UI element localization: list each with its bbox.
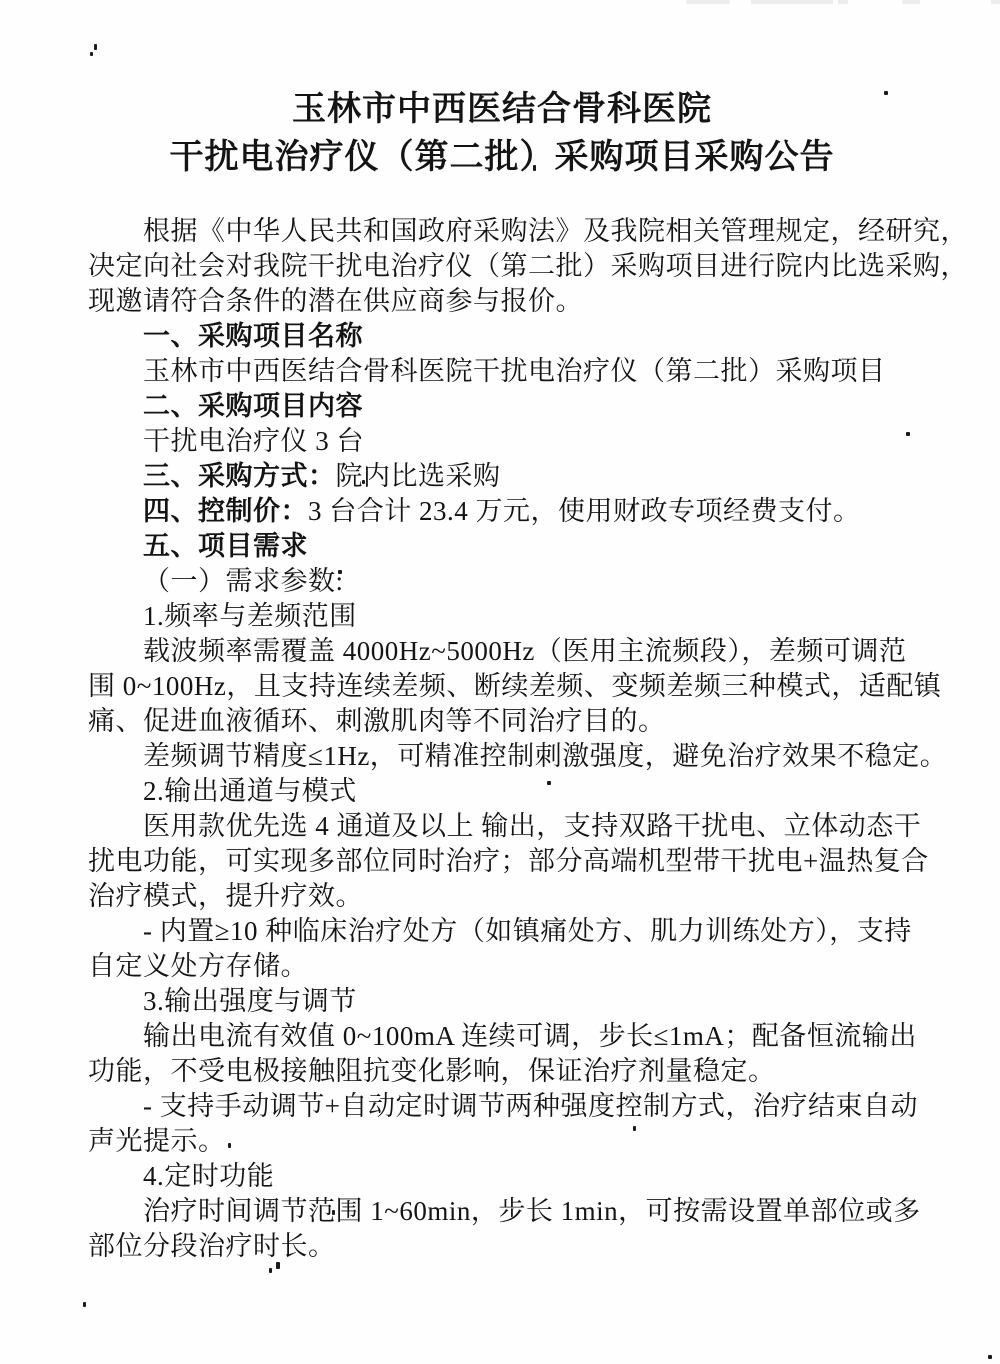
document-line: 输出电流有效值 0~100mA 连续可调，步长≤1mA；配备恒流输出 [88,1019,916,1054]
document-line: 3.输出强度与调节 [88,984,916,1019]
scan-speckle [83,1302,86,1307]
line-text: 声光提示。 [88,1126,226,1156]
line-text: 痛、促进血液循环、刺激肌肉等不同治疗目的。 [88,706,666,736]
scan-speckle [906,432,910,436]
line-text: 载波频率需覆盖 4000Hz~5000Hz（医用主流频段），差频可调范 [143,636,906,666]
line-text: 输出电流有效值 0~100mA 连续可调，步长≤1mA；配备恒流输出 [143,1021,917,1051]
document-page: 玉林市中西医结合骨科医院 干扰电治疗仪（第二批）采购项目采购公告 根据《中华人民… [0,0,1000,1364]
line-text: - 支持手动调节+自动定时调节两种强度控制方式，治疗结束自动 [143,1091,918,1121]
scan-speckle [533,165,536,171]
scan-speckle [90,52,93,56]
document-line: 根据《中华人民共和国政府采购法》及我院相关管理规定，经研究， [88,214,916,249]
scan-edge-artifact [902,0,920,4]
line-text: 二、采购项目内容 [143,391,363,421]
document-line: 决定向社会对我院干扰电治疗仪（第二批）采购项目进行院内比选采购， [88,249,916,284]
line-text: 玉林市中西医结合骨科医院干扰电治疗仪（第二批）采购项目 [143,356,886,386]
document-line: 功能，不受电极接触阻抗变化影响，保证治疗剂量稳定。 [88,1054,916,1089]
document-line: 治疗时间调节范围 1~60min，步长 1min，可按需设置单部位或多 [88,1194,916,1229]
line-text: - 内置≥10 种临床治疗处方（如镇痛处方、肌力训练处方），支持 [143,916,912,946]
line-text: 功能，不受电极接触阻抗变化影响，保证治疗剂量稳定。 [88,1056,776,1086]
document-title-line-1: 玉林市中西医结合骨科医院 [88,86,916,134]
scan-speckle [94,44,97,50]
line-text: 3 台合计 23.4 万元，使用财政专项经费支付。 [308,496,861,526]
document-line: 现邀请符合条件的潜在供应商参与报价。 [88,284,916,319]
scan-speckle [884,91,888,95]
line-text: 3.输出强度与调节 [143,986,357,1016]
document-line: 干扰电治疗仪 3 台 [88,424,916,459]
scan-edge-artifact [751,0,833,4]
scan-speckle [362,480,365,484]
scan-speckle [988,1355,992,1359]
scan-edge-artifact [838,0,848,4]
scan-speckle [633,1126,636,1131]
document-line: 部位分段治疗时长。 [88,1229,916,1264]
line-text: 决定向社会对我院干扰电治疗仪（第二批）采购项目进行院内比选采购， [88,251,968,281]
line-heading-lead: 四、控制价： [143,496,308,526]
line-text: 现邀请符合条件的潜在供应商参与报价。 [88,286,583,316]
document-body: 根据《中华人民共和国政府采购法》及我院相关管理规定，经研究，决定向社会对我院干扰… [88,214,916,1264]
document-line: 医用款优先选 4 通道及以上 输出，支持双路干扰电、立体动态干 [88,809,916,844]
line-text: （一）需求参数: [143,566,344,596]
scan-speckle [276,1262,280,1269]
document-line: - 支持手动调节+自动定时调节两种强度控制方式，治疗结束自动 [88,1089,916,1124]
line-text: 2.输出通道与模式 [143,776,357,806]
document-line: - 内置≥10 种临床治疗处方（如镇痛处方、肌力训练处方），支持 [88,914,916,949]
document-line: 自定义处方存储。 [88,949,916,984]
document-title: 玉林市中西医结合骨科医院 干扰电治疗仪（第二批）采购项目采购公告 [88,86,916,182]
document-line: 二、采购项目内容 [88,389,916,424]
scan-edge-artifact [686,0,730,4]
line-heading-lead: 三、采购方式： [143,461,336,491]
line-text: 医用款优先选 4 通道及以上 输出，支持双路干扰电、立体动态干 [143,811,921,841]
document-line: （一）需求参数: [88,564,916,599]
document-line: 差频调节精度≤1Hz，可精准控制刺激强度，避免治疗效果不稳定。 [88,739,916,774]
document-line: 三、采购方式：院内比选采购 [88,459,916,494]
document-line: 载波频率需覆盖 4000Hz~5000Hz（医用主流频段），差频可调范 [88,634,916,669]
line-text: 差频调节精度≤1Hz，可精准控制刺激强度，避免治疗效果不稳定。 [143,741,947,771]
line-text: 4.定时功能 [143,1161,274,1191]
document-line: 扰电功能，可实现多部位同时治疗；部分高端机型带干扰电+温热复合 [88,844,916,879]
line-text: 根据《中华人民共和国政府采购法》及我院相关管理规定，经研究， [143,216,968,246]
document-content: 玉林市中西医结合骨科医院 干扰电治疗仪（第二批）采购项目采购公告 根据《中华人民… [88,86,916,1264]
scan-speckle [228,1143,231,1148]
line-text: 围 0~100Hz，且支持连续差频、断续差频、变频差频三种模式，适配镇 [88,671,941,701]
line-text: 五、项目需求 [143,531,308,561]
line-text: 自定义处方存储。 [88,951,308,981]
document-line: 一、采购项目名称 [88,319,916,354]
document-line: 围 0~100Hz，且支持连续差频、断续差频、变频差频三种模式，适配镇 [88,669,916,704]
line-text: 干扰电治疗仪 3 台 [143,426,364,456]
scan-speckle [338,570,342,574]
line-text: 扰电功能，可实现多部位同时治疗；部分高端机型带干扰电+温热复合 [88,846,929,876]
line-text: 部位分段治疗时长。 [88,1231,336,1261]
document-line: 4.定时功能 [88,1159,916,1194]
document-title-line-2: 干扰电治疗仪（第二批）采购项目采购公告 [88,134,916,182]
scan-edge-artifact [991,0,1000,4]
scan-speckle [547,781,551,785]
document-line: 四、控制价：3 台合计 23.4 万元，使用财政专项经费支付。 [88,494,916,529]
document-line: 2.输出通道与模式 [88,774,916,809]
document-line: 五、项目需求 [88,529,916,564]
line-text: 治疗模式，提升疗效。 [88,881,363,911]
scan-speckle [269,1268,272,1273]
line-text: 1.频率与差频范围 [143,601,357,631]
scan-speckle [332,1210,335,1215]
document-line: 治疗模式，提升疗效。 [88,879,916,914]
document-line: 玉林市中西医结合骨科医院干扰电治疗仪（第二批）采购项目 [88,354,916,389]
line-text: 院内比选采购 [336,461,501,491]
document-line: 痛、促进血液循环、刺激肌肉等不同治疗目的。 [88,704,916,739]
document-line: 声光提示。 [88,1124,916,1159]
line-text: 一、采购项目名称 [143,321,363,351]
line-text: 治疗时间调节范围 1~60min，步长 1min，可按需设置单部位或多 [143,1196,921,1226]
document-line: 1.频率与差频范围 [88,599,916,634]
